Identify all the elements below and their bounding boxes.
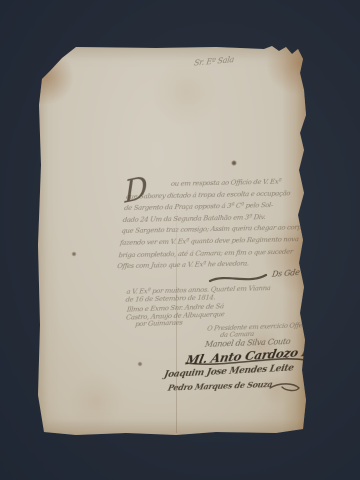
manuscript-photo: Sr. Eº Sala D ou em resposta ao Officio … (0, 0, 360, 480)
office-block: O Presidente em exercicio Offes da Camar… (204, 322, 305, 348)
paper-sheet: Sr. Eº Sala D ou em resposta ao Officio … (36, 45, 306, 435)
signature-flourish (268, 381, 302, 393)
valediction-flourish (208, 271, 272, 285)
closing-block: a V. Exª por muitos annos. Quartel em Vi… (125, 284, 271, 304)
body-text: ou em resposta ao Officio de V. Exª que … (116, 176, 315, 273)
header-note: Sr. Eº Sala (193, 55, 234, 68)
valediction-text: Ds Gde (271, 268, 300, 279)
signature: Pedro Marques de Souza (167, 379, 273, 393)
signature: Joaquim Jose Mendes Leite (163, 364, 294, 381)
